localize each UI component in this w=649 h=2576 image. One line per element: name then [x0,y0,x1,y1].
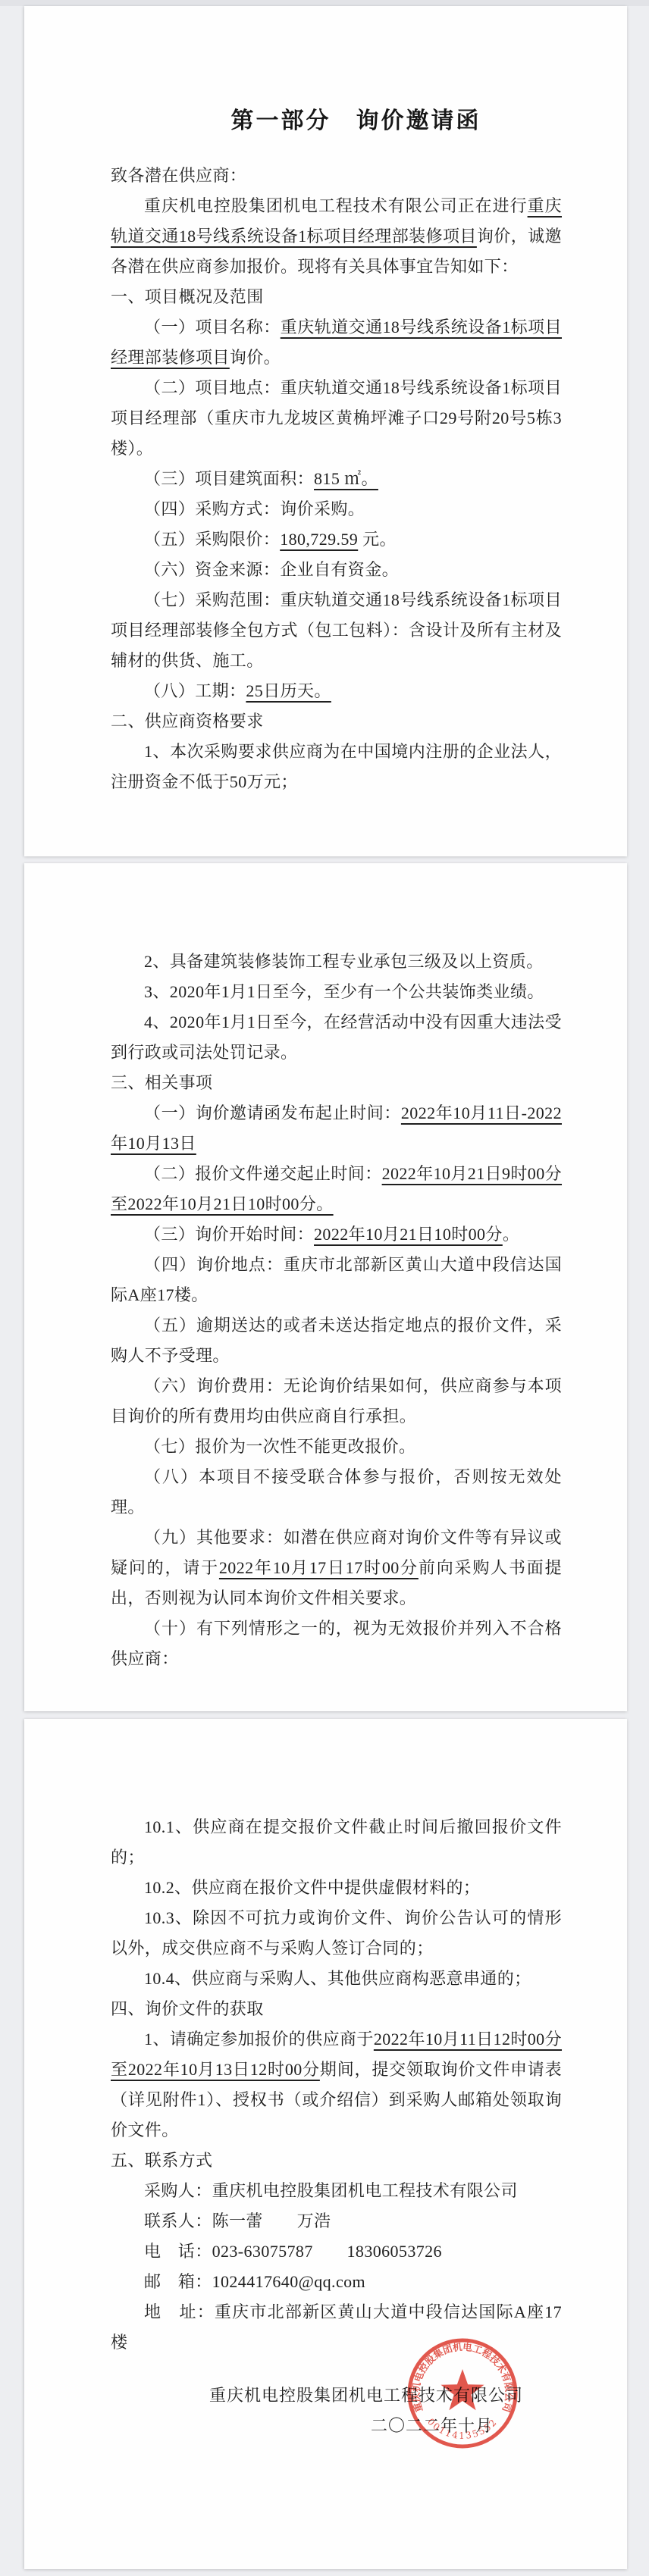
paragraph: （七）报价为一次性不能更改报价。 [111,1432,562,1462]
paragraph: （二）报价文件递交起止时间：2022年10月21日9时00分至2022年10月2… [111,1159,562,1219]
paragraph: （四）询价地点：重庆市北部新区黄山大道中段信达国际A座17楼。 [111,1250,562,1310]
text-run: （八）本项目不接受联合体参与报价，否则按无效处理。 [111,1467,562,1516]
paragraph: 一、项目概况及范围 [111,282,562,312]
page-1-body: 第一部分 询价邀请函致各潜在供应商：重庆机电控股集团机电工程技术有限公司正在进行… [111,103,562,797]
page-2-body: 2、具备建筑装修装饰工程专业承包三级及以上资质。3、2020年1月1日至今，至少… [111,947,562,1674]
text-run: 10.3、除因不可抗力或询价文件、询价公告认可的情形以外，成交供应商不与采购人签… [111,1908,562,1958]
text-run: 联系人：陈一蕾 万浩 [144,2211,331,2230]
text-run: 五、联系方式 [111,2151,212,2170]
text-run: （八）工期： [144,681,246,700]
text-run: 。 [503,1225,519,1244]
paragraph: 10.4、供应商与采购人、其他供应商构恶意串通的； [111,1964,562,1994]
text-run: 三、相关事项 [111,1073,212,1092]
text-run: 重庆机电控股集团机电工程技术有限公司 [209,2386,523,2405]
paragraph: （三）项目建筑面积：815 ㎡。 [111,464,562,494]
text-run: （一）项目名称： [144,318,281,336]
text-run: （三）项目建筑面积： [144,469,314,488]
text-run: 3、2020年1月1日至今，至少有一个公共装饰类业绩。 [144,982,544,1001]
text-run: 4、2020年1月1日至今，在经营活动中没有因重大违法受到行政或司法处罚记录。 [111,1013,562,1062]
text-run: 地 址：重庆市北部新区黄山大道中段信达国际A座17楼 [111,2302,562,2352]
text-run: 第一部分 询价邀请函 [231,108,481,133]
paragraph: （八）本项目不接受联合体参与报价，否则按无效处理。 [111,1462,562,1523]
underlined-text: 2022年10月17日17时00分 [219,1558,419,1577]
paragraph: 重庆机电控股集团机电工程技术有限公司正在进行重庆轨道交通18号线系统设备1标项目… [111,191,562,282]
paragraph: （九）其他要求：如潜在供应商对询价文件等有异议或疑问的，请于2022年10月17… [111,1523,562,1614]
paragraph: 邮 箱：1024417640@qq.com [111,2267,562,2297]
text-run: （四）采购方式：询价采购。 [144,499,365,518]
text-run: （十）有下列情形之一的，视为无效报价并列入不合格供应商： [111,1619,562,1668]
paragraph: 10.1、供应商在提交报价文件截止时间后撤回报价文件的； [111,1812,562,1873]
text-run: 10.1、供应商在提交报价文件截止时间后撤回报价文件的； [111,1817,562,1867]
paragraph: （十）有下列情形之一的，视为无效报价并列入不合格供应商： [111,1614,562,1674]
text-run: （四）询价地点：重庆市北部新区黄山大道中段信达国际A座17楼。 [111,1255,562,1304]
text-run: （二）报价文件递交起止时间： [144,1164,382,1183]
signature-date-line: 二〇二二年十月 [111,2411,562,2441]
paragraph: 2、具备建筑装修装饰工程专业承包三级及以上资质。 [111,947,562,977]
text-run: 邮 箱：1024417640@qq.com [144,2272,365,2291]
signature-company-line: 重庆机电控股集团机电工程技术有限公司 [111,2380,562,2411]
paragraph: 10.2、供应商在报价文件中提供虚假材料的； [111,1873,562,1903]
text-run: （三）询价开始时间： [144,1225,314,1244]
paragraph: 电 话：023-63075787 18306053726 [111,2236,562,2267]
paragraph: 1、请确定参加报价的供应商于2022年10月11日12时00分至2022年10月… [111,2024,562,2146]
text-run: 四、询价文件的获取 [111,1999,264,2018]
top-edge-strip [0,0,649,6]
text-run: 二〇二二年十月 [371,2416,493,2435]
text-run: （七）报价为一次性不能更改报价。 [144,1437,415,1456]
text-run: （一）询价邀请函发布起止时间： [144,1103,401,1122]
text-run: 1、本次采购要求供应商为在中国境内注册的企业法人，注册资金不低于50万元； [111,742,562,791]
paragraph: （六）询价费用：无论询价结果如何，供应商参与本项目询价的所有费用均由供应商自行承… [111,1371,562,1432]
paragraph: 3、2020年1月1日至今，至少有一个公共装饰类业绩。 [111,977,562,1007]
paragraph: 四、询价文件的获取 [111,1994,562,2024]
text-run: 询价。 [230,348,281,367]
text-run: （六）资金来源：企业自有资金。 [144,560,399,579]
paragraph: （一）询价邀请函发布起止时间：2022年10月11日-2022年10月13日 [111,1098,562,1159]
paragraph: （五）逾期送达的或者未送达指定地点的报价文件，采购人不予受理。 [111,1310,562,1371]
paragraph: （三）询价开始时间：2022年10月21日10时00分。 [111,1219,562,1250]
paragraph: 地 址：重庆市北部新区黄山大道中段信达国际A座17楼 [111,2297,562,2358]
paragraph: 1、本次采购要求供应商为在中国境内注册的企业法人，注册资金不低于50万元； [111,737,562,797]
text-run: （二）项目地点：重庆轨道交通18号线系统设备1标项目项目经理部（重庆市九龙坡区黄… [111,378,562,458]
text-run: 10.4、供应商与采购人、其他供应商构恶意串通的； [144,1969,531,1988]
paragraph: 二、供应商资格要求 [111,706,562,737]
paragraph: （四）采购方式：询价采购。 [111,494,562,524]
underlined-text: 815 ㎡。 [314,469,378,488]
underlined-text: 25日历天。 [246,681,331,700]
underlined-text: 180,729.59 [280,530,358,549]
paragraph: （一）项目名称：重庆轨道交通18号线系统设备1标项目经理部装修项目询价。 [111,312,562,373]
paragraph: （二）项目地点：重庆轨道交通18号线系统设备1标项目项目经理部（重庆市九龙坡区黄… [111,373,562,464]
paragraph: 致各潜在供应商： [111,161,562,191]
document-page-3: 10.1、供应商在提交报价文件截止时间后撤回报价文件的；10.2、供应商在报价文… [24,1719,627,2569]
paragraph: （五）采购限价：180,729.59 元。 [111,524,562,555]
paragraph: 4、2020年1月1日至今，在经营活动中没有因重大违法受到行政或司法处罚记录。 [111,1007,562,1068]
text-run: 二、供应商资格要求 [111,712,264,731]
text-run: 一、项目概况及范围 [111,287,264,306]
document-page-2: 2、具备建筑装修装饰工程专业承包三级及以上资质。3、2020年1月1日至今，至少… [24,863,627,1711]
paragraph: 采购人：重庆机电控股集团机电工程技术有限公司 [111,2176,562,2206]
text-run: （六）询价费用：无论询价结果如何，供应商参与本项目询价的所有费用均由供应商自行承… [111,1376,562,1426]
text-run: 重庆机电控股集团机电工程技术有限公司正在进行 [144,196,528,215]
text-run: 采购人：重庆机电控股集团机电工程技术有限公司 [144,2181,518,2200]
document-page-1: 第一部分 询价邀请函致各潜在供应商：重庆机电控股集团机电工程技术有限公司正在进行… [24,6,627,856]
text-run: 电 话：023-63075787 18306053726 [144,2242,442,2261]
page-3-body: 10.1、供应商在提交报价文件截止时间后撤回报价文件的；10.2、供应商在报价文… [111,1812,562,2441]
text-run: 2、具备建筑装修装饰工程专业承包三级及以上资质。 [144,952,544,971]
text-run: 致各潜在供应商： [111,166,246,185]
text-run: 10.2、供应商在报价文件中提供虚假材料的； [144,1878,480,1897]
paragraph: 五、联系方式 [111,2146,562,2176]
paragraph: 10.3、除因不可抗力或询价文件、询价公告认可的情形以外，成交供应商不与采购人签… [111,1903,562,1964]
text-run: （五）采购限价： [144,530,280,549]
text-run: （七）采购范围：重庆轨道交通18号线系统设备1标项目项目经理部装修全包方式（包工… [111,590,562,670]
underlined-text: 2022年10月21日10时00分 [314,1225,503,1244]
text-run: （五）逾期送达的或者未送达指定地点的报价文件，采购人不予受理。 [111,1316,562,1365]
paragraph: （八）工期：25日历天。 [111,676,562,706]
paragraph: 三、相关事项 [111,1068,562,1098]
paragraph: （七）采购范围：重庆轨道交通18号线系统设备1标项目项目经理部装修全包方式（包工… [111,585,562,676]
text-run: 元。 [358,530,397,549]
paragraph: 联系人：陈一蕾 万浩 [111,2206,562,2236]
text-run: 1、请确定参加报价的供应商于 [144,2030,374,2049]
paragraph: （六）资金来源：企业自有资金。 [111,555,562,585]
document-title: 第一部分 询价邀请函 [130,103,582,139]
